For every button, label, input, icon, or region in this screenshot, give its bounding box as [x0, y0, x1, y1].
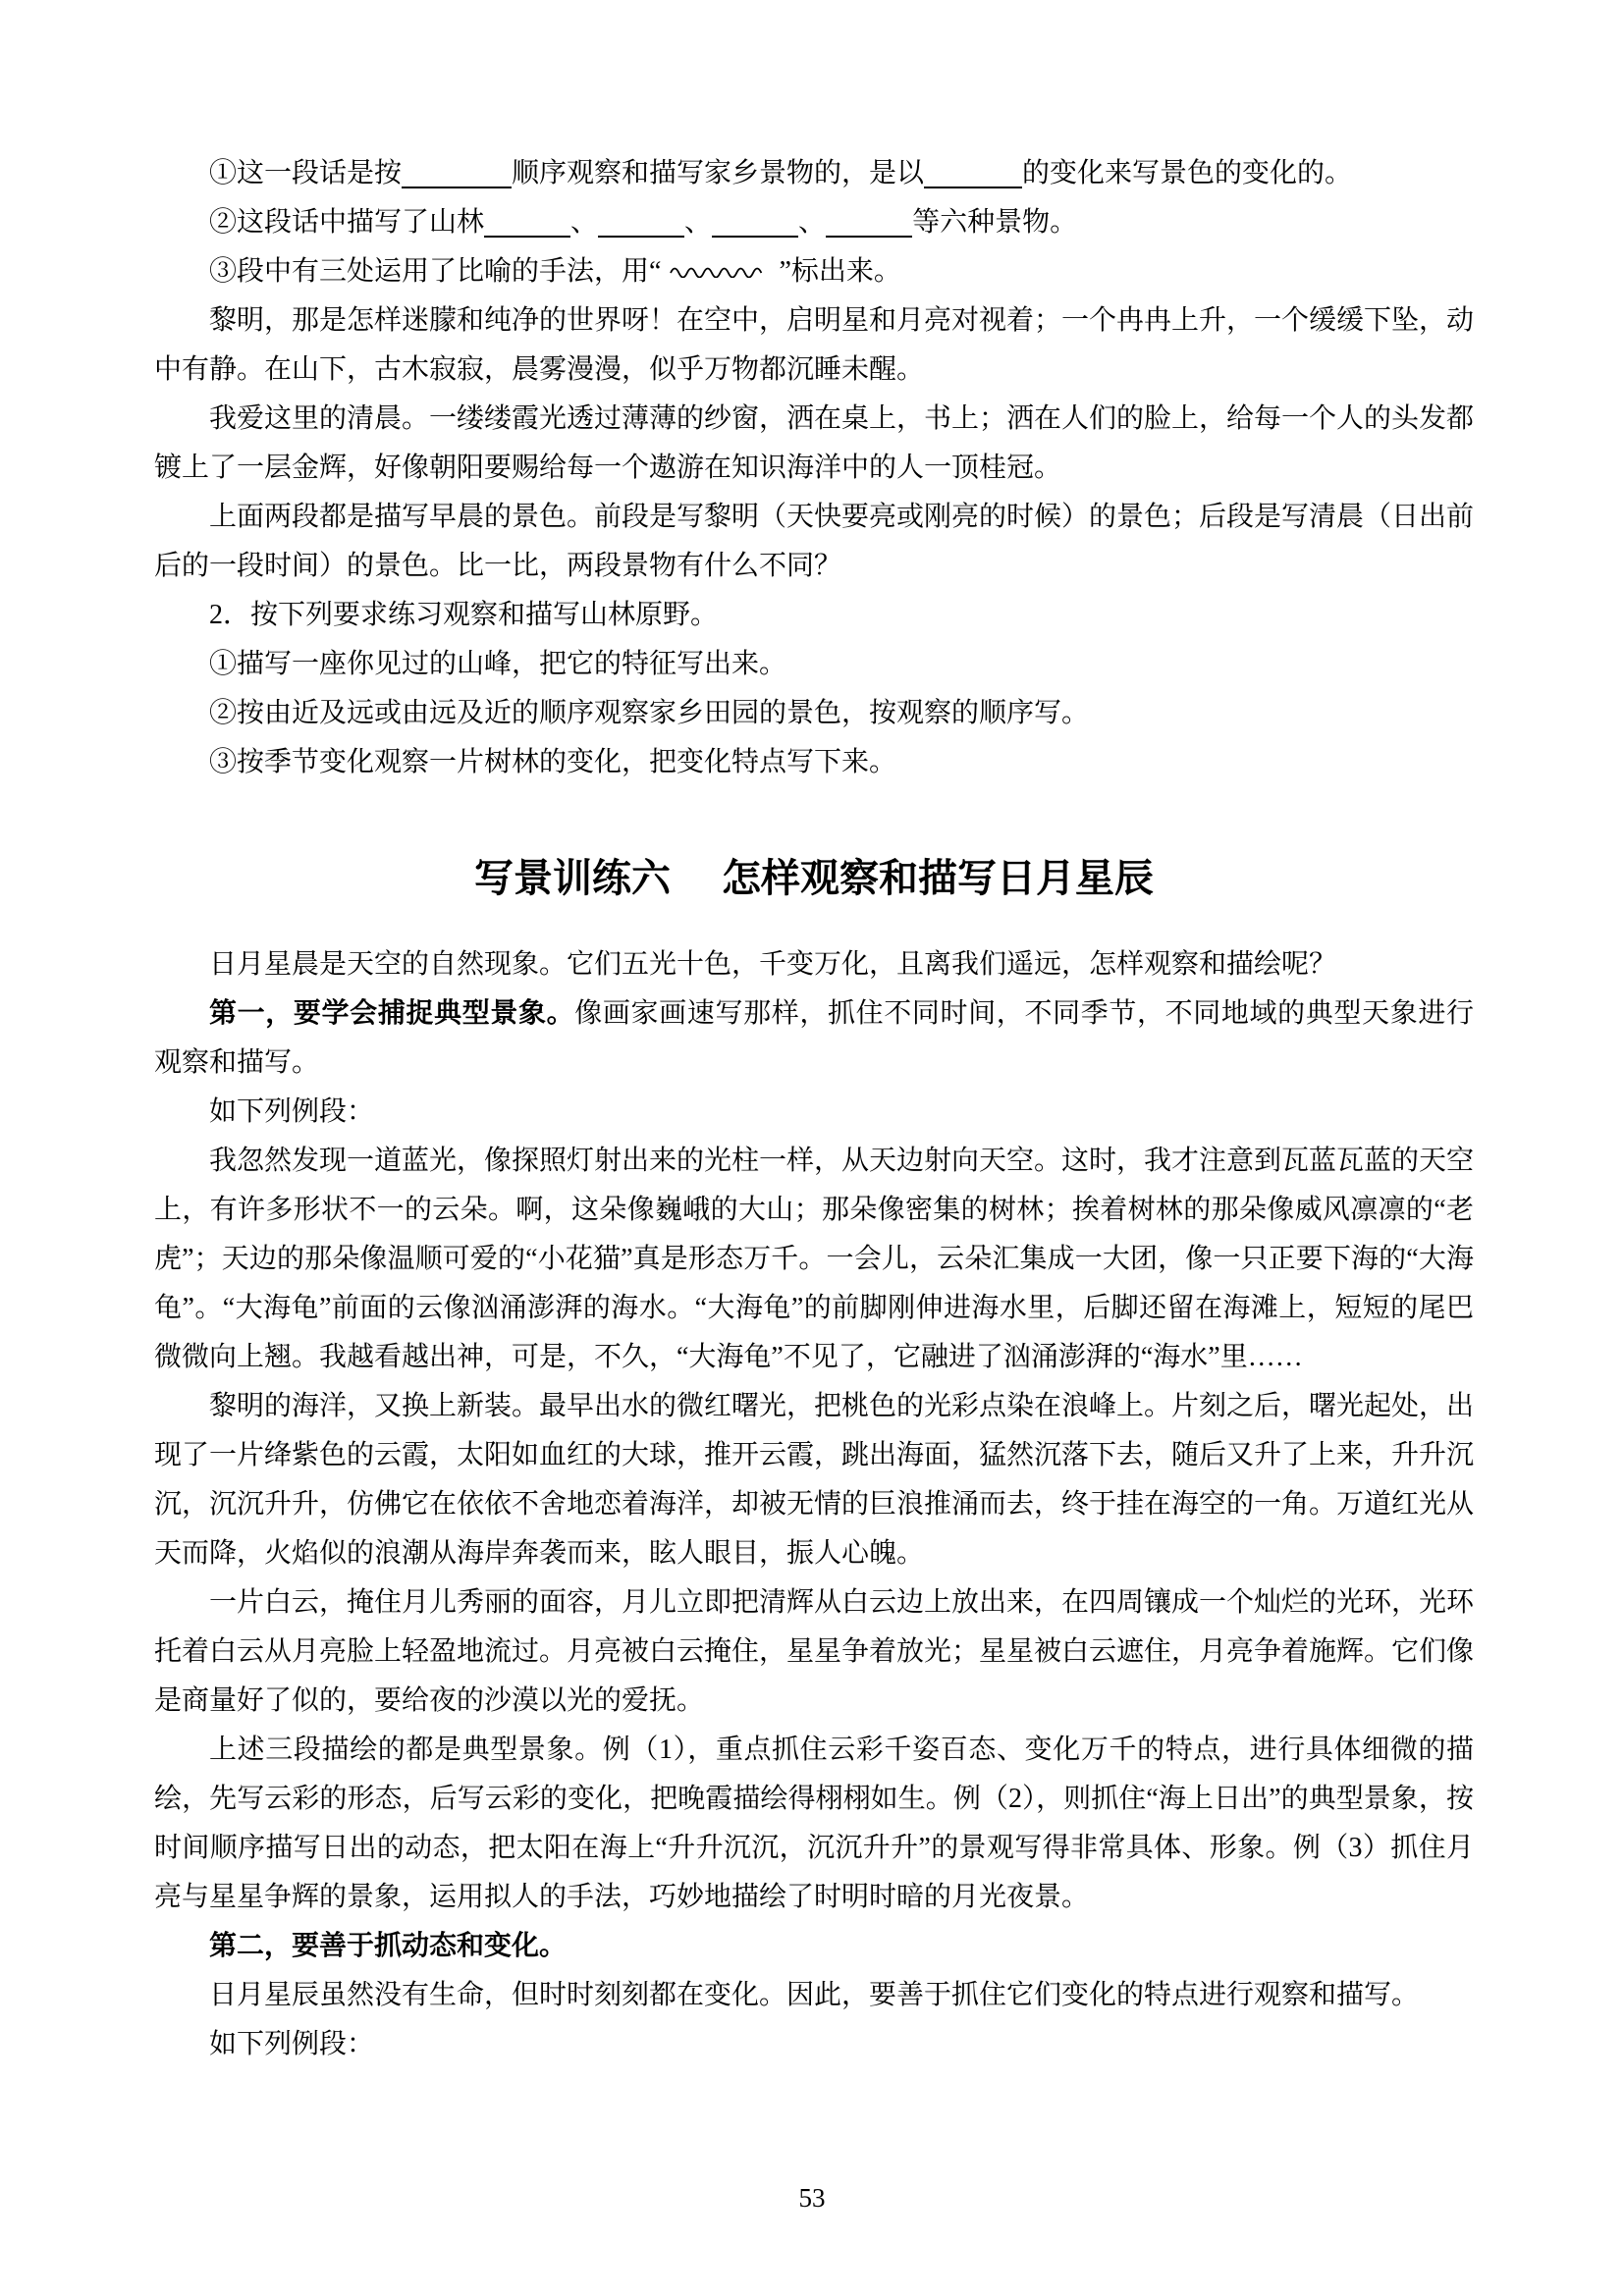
point2-heading-line: 第二，要善于抓动态和变化。: [154, 1922, 1474, 1971]
exercise1-item3-post: ”标出来。: [779, 256, 900, 287]
example-lead-1: 如下列例段：: [154, 1088, 1474, 1137]
example-moon: 一片白云，掩住月儿秀丽的面容，月儿立即把清辉从白云边上放出来，在四周镶成一个灿烂…: [154, 1578, 1474, 1726]
task2-head: 2．按下列要求练习观察和描写山林原野。: [154, 591, 1474, 640]
fill-in-blank: [712, 204, 798, 238]
list-separator: 、: [798, 207, 826, 238]
point1-heading: 第一，要学会捕捉典型景象。: [209, 998, 574, 1029]
section-title-number: 写景训练六: [474, 856, 671, 900]
exercise1-item2-pre: ②这段话中描写了山林: [209, 207, 484, 238]
task2-sub1: ①描写一座你见过的山峰，把它的特征写出来。: [154, 640, 1474, 689]
fill-in-blank: [826, 204, 912, 238]
point2-heading: 第二，要善于抓动态和变化。: [209, 1931, 567, 1961]
point1-paragraph: 第一，要学会捕捉典型景象。像画家画速写那样，抓住不同时间，不同季节，不同地域的典…: [154, 989, 1474, 1088]
point2-text: 日月星辰虽然没有生命，但时时刻刻都在变化。因此，要善于抓住它们变化的特点进行观察…: [154, 1971, 1474, 2020]
passage-morning: 我爱这里的清晨。一缕缕霞光透过薄薄的纱窗，洒在桌上，书上；洒在人们的脸上，给每一…: [154, 395, 1474, 493]
exercise1-item3-pre: ③段中有三处运用了比喻的手法，用“: [209, 256, 661, 287]
list-separator: 、: [570, 207, 598, 238]
analysis-paragraph: 上述三段描绘的都是典型景象。例（1），重点抓住云彩千姿百态、变化万千的特点，进行…: [154, 1726, 1474, 1922]
wavy-underline-mark: [669, 264, 771, 278]
exercise1-item2: ②这段话中描写了山林、、、等六种景物。: [154, 198, 1474, 247]
section-title-text: 怎样观察和描写日月星辰: [722, 856, 1154, 900]
text-column: ①这一段话是按顺序观察和描写家乡景物的，是以的变化来写景色的变化的。 ②这段话中…: [154, 149, 1474, 2069]
task2-sub3: ③按季节变化观察一片树林的变化，把变化特点写下来。: [154, 738, 1474, 787]
exercise1-item1: ①这一段话是按顺序观察和描写家乡景物的，是以的变化来写景色的变化的。: [154, 149, 1474, 198]
exercise1-item2-post: 等六种景物。: [912, 207, 1077, 238]
fill-in-blank: [924, 155, 1022, 188]
exercise1-item1-mid: 顺序观察和描写家乡景物的，是以: [512, 158, 924, 188]
document-page: ①这一段话是按顺序观察和描写家乡景物的，是以的变化来写景色的变化的。 ②这段话中…: [0, 0, 1624, 2296]
example-lead-2: 如下列例段：: [154, 2020, 1474, 2069]
exercise1-item3: ③段中有三处运用了比喻的手法，用“”标出来。: [154, 247, 1474, 296]
passage-compare: 上面两段都是描写早晨的景色。前段是写黎明（天快要亮或刚亮的时候）的景色；后段是写…: [154, 493, 1474, 591]
exercise1-item1-post: 的变化来写景色的变化的。: [1022, 158, 1352, 188]
section-title: 写景训练六怎样观察和描写日月星辰: [154, 840, 1474, 917]
fill-in-blank: [484, 204, 570, 238]
fill-in-blank: [598, 204, 684, 238]
task2-sub2: ②按由近及远或由远及近的顺序观察家乡田园的景色，按观察的顺序写。: [154, 689, 1474, 738]
example-sunrise: 黎明的海洋，又换上新装。最早出水的微红曙光，把桃色的光彩点染在浪峰上。片刻之后，…: [154, 1382, 1474, 1578]
list-separator: 、: [684, 207, 712, 238]
example-clouds: 我忽然发现一道蓝光，像探照灯射出来的光柱一样，从天边射向天空。这时，我才注意到瓦…: [154, 1137, 1474, 1382]
section-intro: 日月星晨是天空的自然现象。它们五光十色，千变万化，且离我们遥远，怎样观察和描绘呢…: [154, 940, 1474, 989]
page-number: 53: [0, 2181, 1624, 2215]
passage-dawn: 黎明，那是怎样迷朦和纯净的世界呀！在空中，启明星和月亮对视着；一个冉冉上升，一个…: [154, 296, 1474, 395]
exercise1-item1-pre: ①这一段话是按: [209, 158, 402, 188]
fill-in-blank: [402, 155, 512, 188]
